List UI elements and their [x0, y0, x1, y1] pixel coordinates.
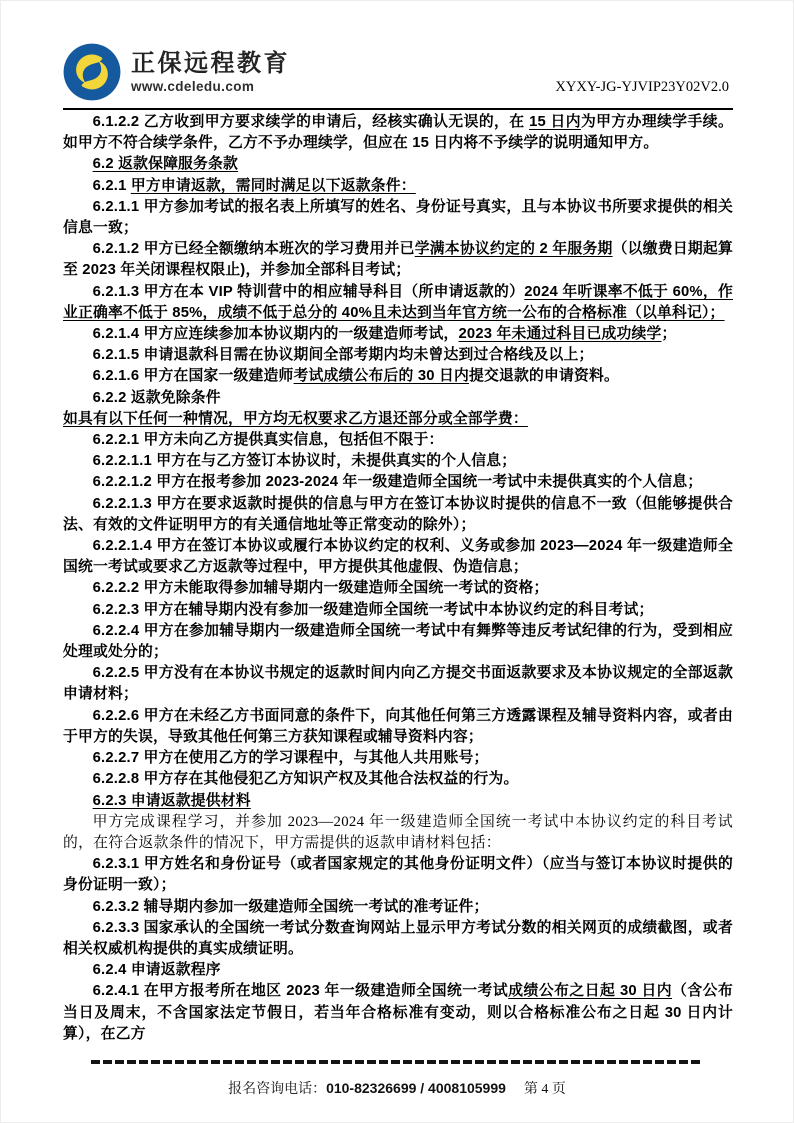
text-run: 6.2.3.1 甲方姓名和身份证号（或者国家规定的其他身份证明文件）（应当与签订… [63, 856, 733, 893]
clause-6.2.1.5: 6.2.1.5 申请退款科目需在协议期间全部考期内均未曾达到过合格线及以上； [63, 345, 733, 366]
clause-6.1.2.2: 6.1.2.2 乙方收到甲方要求续学的申请后，经核实确认无误的，在 15 日内为… [63, 112, 733, 154]
footer-page-number: 第 4 页 [524, 1082, 566, 1097]
underlined-text: 6.2 返款保障服务条款 [93, 156, 238, 172]
clause-6.2.1.3: 6.2.1.3 甲方在本 VIP 特训营中的相应辅导科目（所申请返款的）2024… [63, 282, 733, 324]
page-header: 正保远程教育 www.cdeledu.com XYXY-JG-YJVIP23Y0… [63, 43, 731, 109]
text-run: 6.2.2.3 甲方在辅导期内没有参加一级建造师全国统一考试中本协议约定的科目考… [93, 602, 654, 618]
underlined-text: 甲方申请返款，需同时满足以下返款条件： [131, 178, 416, 194]
clause-6.2.3.2: 6.2.3.2 辅导期内参加一级建造师全国统一考试的准考证件； [63, 897, 733, 918]
clause-6.2.4.1: 6.2.4.1 在甲方报考所在地区 2023 年一级建造师全国统一考试成绩公布之… [63, 981, 733, 1045]
text-run: 6.2.1.2 甲方已经全额缴纳本班次的学习费用并已 [93, 241, 415, 257]
brand-name: 正保远程教育 [131, 50, 290, 78]
text-run: 6.2.1 [93, 178, 131, 194]
clause-6.2.2.8: 6.2.2.8 甲方存在其他侵犯乙方知识产权及其他合法权益的行为。 [63, 769, 733, 790]
clause-6.2.3: 6.2.3 申请返款提供材料 [63, 791, 733, 812]
underlined-text: 15 日内 [529, 114, 581, 130]
text-run: 6.2.4.1 在甲方报考所在地区 2023 年一级建造师全国统一考试 [93, 983, 509, 999]
text-run: 6.2.2.6 甲方在未经乙方书面同意的条件下，向其他任何第三方透露课程及辅导资… [63, 708, 733, 745]
underlined-text: 2023 年未通过科目已成功续学 [459, 326, 662, 342]
clause-6.2: 6.2 返款保障服务条款 [63, 154, 733, 175]
clause-6.2.2.5: 6.2.2.5 甲方没有在本协议书规定的返款时间内向乙方提交书面返款要求及本协议… [63, 663, 733, 705]
clause-6.2.3.1: 6.2.3.1 甲方姓名和身份证号（或者国家规定的其他身份证明文件）（应当与签订… [63, 854, 733, 896]
document-page: 正保远程教育 www.cdeledu.com XYXY-JG-YJVIP23Y0… [0, 0, 794, 1123]
text-run: 6.2.1.5 申请退款科目需在协议期间全部考期内均未曾达到过合格线及以上； [93, 347, 594, 363]
text-run: 6.2.2 返款免除条件 [93, 390, 221, 406]
text-run: 6.2.2.1 甲方未向乙方提供真实信息，包括但不限于： [93, 432, 444, 448]
footer-rule [91, 1060, 701, 1064]
clause-6.2.2-note: 如具有以下任何一种情况，甲方均无权要求乙方退还部分或全部学费： [63, 409, 733, 430]
clause-6.2.2.1.4: 6.2.2.1.4 甲方在签订本协议或履行本协议约定的权利、义务或参加 2023… [63, 536, 733, 578]
footer-phone-numbers: 010-82326699 / 4008105999 [326, 1080, 506, 1096]
text-run: 6.2.3.2 辅导期内参加一级建造师全国统一考试的准考证件； [93, 899, 489, 915]
text-run: 6.2.2.1.2 甲方在报考参加 2023-2024 年一级建造师全国统一考试… [93, 474, 703, 490]
text-run: 6.2.2.5 甲方没有在本协议书规定的返款时间内向乙方提交书面返款要求及本协议… [63, 665, 733, 702]
text-run: 6.2.2.1.1 甲方在与乙方签订本协议时，未提供真实的个人信息； [93, 453, 517, 469]
text-run: 6.2.2.1.3 甲方在要求返款时提供的信息与甲方在签订本协议时提供的信息不一… [63, 496, 733, 533]
brand-logo-icon [63, 43, 121, 101]
clause-6.2.2.4: 6.2.2.4 甲方在参加辅导期内一级建造师全国统一考试中有舞弊等违反考试纪律的… [63, 621, 733, 663]
clause-6.2.2.2: 6.2.2.2 甲方未能取得参加辅导期内一级建造师全国统一考试的资格； [63, 578, 733, 599]
clause-6.2.4: 6.2.4 申请返款程序 [63, 960, 733, 981]
text-run: 6.2.2.8 甲方存在其他侵犯乙方知识产权及其他合法权益的行为。 [93, 771, 519, 787]
clause-6.2.1.1: 6.2.1.1 甲方参加考试的报名表上所填写的姓名、身份证号真实，且与本协议书所… [63, 197, 733, 239]
text-run: 6.2.1.3 甲方在本 VIP 特训营中的相应辅导科目（所申请返款的） [93, 284, 525, 300]
clause-6.2.2.1.1: 6.2.2.1.1 甲方在与乙方签订本协议时，未提供真实的个人信息； [63, 451, 733, 472]
clause-6.2.2.7: 6.2.2.7 甲方在使用乙方的学习课程中，与其他人共用账号； [63, 748, 733, 769]
clause-6.2.2.1.2: 6.2.2.1.2 甲方在报考参加 2023-2024 年一级建造师全国统一考试… [63, 472, 733, 493]
clause-6.2.2.6: 6.2.2.6 甲方在未经乙方书面同意的条件下，向其他任何第三方透露课程及辅导资… [63, 706, 733, 748]
text-run: 6.2.2.4 甲方在参加辅导期内一级建造师全国统一考试中有舞弊等违反考试纪律的… [63, 623, 733, 660]
text-run: 6.2.1.6 甲方在国家一级建造师 [93, 368, 294, 384]
page-footer: 报名咨询电话：010-82326699 / 4008105999第 4 页 [1, 1078, 793, 1098]
clause-6.2.1.6: 6.2.1.6 甲方在国家一级建造师考试成绩公布后的 30 日内提交退款的申请资… [63, 366, 733, 387]
text-run: 甲方完成课程学习，并参加 2023—2024 年一级建造师全国统一考试中本协议约… [63, 814, 733, 851]
brand-text: 正保远程教育 www.cdeledu.com [131, 50, 290, 95]
document-code: XYXY-JG-YJVIP23Y02V2.0 [555, 79, 729, 96]
footer-phone-label: 报名咨询电话： [228, 1082, 326, 1097]
text-run: 6.2.1.1 甲方参加考试的报名表上所填写的姓名、身份证号真实，且与本协议书所… [63, 199, 733, 236]
text-run: 6.2.3.3 国家承认的全国统一考试分数查询网站上显示甲方考试分数的相关网页的… [63, 920, 733, 957]
document-body: 6.1.2.2 乙方收到甲方要求续学的申请后，经核实确认无误的，在 15 日内为… [63, 112, 733, 1045]
underlined-text: 6.2.3 申请返款提供材料 [93, 793, 251, 809]
text-run: 6.1.2.2 乙方收到甲方要求续学的申请后，经核实确认无误的，在 [93, 114, 529, 130]
clause-6.2.1: 6.2.1 甲方申请返款，需同时满足以下返款条件： [63, 176, 733, 197]
text-run: 6.2.1.4 甲方应连续参加本协议期内的一级建造师考试， [93, 326, 459, 342]
brand-website: www.cdeledu.com [131, 78, 290, 95]
clause-6.2.1.2: 6.2.1.2 甲方已经全额缴纳本班次的学习费用并已学满本协议约定的 2 年服务… [63, 239, 733, 281]
text-run: ； [662, 326, 677, 342]
clause-6.2.3.3: 6.2.3.3 国家承认的全国统一考试分数查询网站上显示甲方考试分数的相关网页的… [63, 918, 733, 960]
text-run: 6.2.2.2 甲方未能取得参加辅导期内一级建造师全国统一考试的资格； [93, 580, 549, 596]
underlined-text: 如具有以下任何一种情况，甲方均无权要求乙方退还部分或全部学费： [63, 411, 528, 427]
clause-6.2.2: 6.2.2 返款免除条件 [63, 388, 733, 409]
underlined-text: 成绩公布之日起 30 日内 [508, 983, 672, 999]
text-run: 6.2.4 申请返款程序 [93, 962, 221, 978]
clause-6.2.1.4: 6.2.1.4 甲方应连续参加本协议期内的一级建造师考试，2023 年未通过科目… [63, 324, 733, 345]
clause-6.2.2.3: 6.2.2.3 甲方在辅导期内没有参加一级建造师全国统一考试中本协议约定的科目考… [63, 600, 733, 621]
text-run: 6.2.2.1.4 甲方在签订本协议或履行本协议约定的权利、义务或参加 2023… [63, 538, 733, 575]
underlined-text: 学满本协议约定的 2 年服务期 [415, 241, 613, 257]
underlined-text: 考试成绩公布后的 30 日内 [294, 368, 469, 384]
text-run: 提交退款的申请资料。 [469, 368, 619, 384]
text-run: 6.2.2.7 甲方在使用乙方的学习课程中，与其他人共用账号； [93, 750, 489, 766]
clause-6.2.2.1: 6.2.2.1 甲方未向乙方提供真实信息，包括但不限于： [63, 430, 733, 451]
header-rule [63, 108, 733, 110]
clause-6.2.3-intro: 甲方完成课程学习，并参加 2023—2024 年一级建造师全国统一考试中本协议约… [63, 812, 733, 854]
clause-6.2.2.1.3: 6.2.2.1.3 甲方在要求返款时提供的信息与甲方在签订本协议时提供的信息不一… [63, 494, 733, 536]
